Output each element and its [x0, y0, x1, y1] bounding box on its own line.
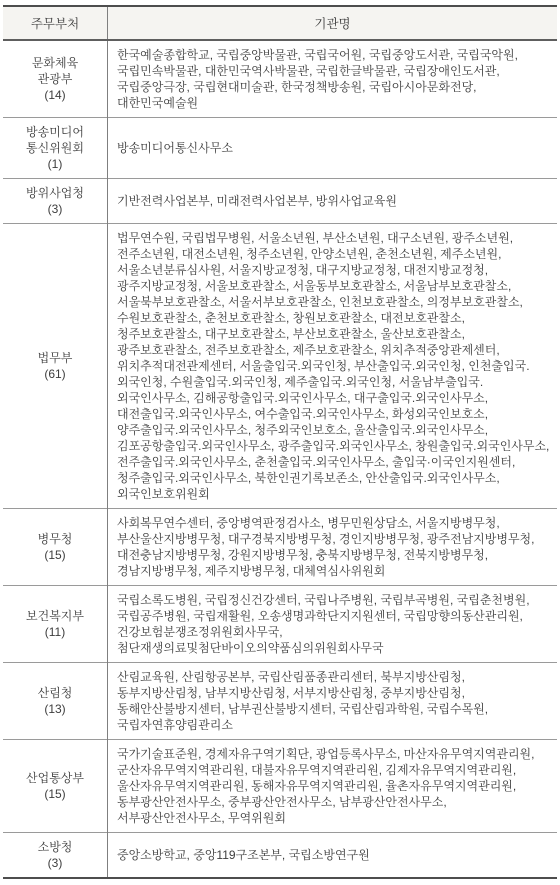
ministry-agency-table: 주무부처 기관명 문화체육 관광부 (14) 한국예술종합학교, 국립중앙박물관…: [3, 5, 557, 879]
table-row: 보건복지부 (11) 국립소록도병원, 국립정신건강센터, 국립나주병원, 국립…: [3, 586, 557, 663]
ministry-cell: 산업통상부 (15): [3, 740, 108, 833]
agencies-cell: 국립소록도병원, 국립정신건강센터, 국립나주병원, 국립부곡병원, 국립춘천병…: [108, 586, 558, 663]
table-row: 방위사업청 (3) 기반전력사업본부, 미래전력사업본부, 방위사업교육원: [3, 179, 557, 224]
ministry-cell: 소방청 (3): [3, 833, 108, 879]
table-body: 문화체육 관광부 (14) 한국예술종합학교, 국립중앙박물관, 국립국어원, …: [3, 40, 557, 878]
agencies-cell: 중앙소방학교, 중앙119구조본부, 국립소방연구원: [108, 833, 558, 879]
ministry-cell: 산림청 (13): [3, 663, 108, 740]
header-ministry-column: 주무부처: [3, 6, 108, 40]
table-row: 법무부 (61) 법무연수원, 국립법무병원, 서울소년원, 부산소년원, 대구…: [3, 224, 557, 509]
agencies-cell: 법무연수원, 국립법무병원, 서울소년원, 부산소년원, 대구소년원, 광주소년…: [108, 224, 558, 509]
agencies-cell: 국가기술표준원, 경제자유구역기획단, 광업등록사무소, 마산자유무역지역관리원…: [108, 740, 558, 833]
agency-table-page: 주무부처 기관명 문화체육 관광부 (14) 한국예술종합학교, 국립중앙박물관…: [0, 0, 560, 885]
header-agencies-column: 기관명: [108, 6, 558, 40]
table-row: 산림청 (13) 산림교육원, 산림항공본부, 국립산림품종관리센터, 북부지방…: [3, 663, 557, 740]
ministry-cell: 법무부 (61): [3, 224, 108, 509]
ministry-cell: 방위사업청 (3): [3, 179, 108, 224]
ministry-cell: 보건복지부 (11): [3, 586, 108, 663]
agencies-cell: 방송미디어통신사무소: [108, 118, 558, 179]
ministry-cell: 문화체육 관광부 (14): [3, 40, 108, 118]
agencies-cell: 기반전력사업본부, 미래전력사업본부, 방위사업교육원: [108, 179, 558, 224]
table-row: 문화체육 관광부 (14) 한국예술종합학교, 국립중앙박물관, 국립국어원, …: [3, 40, 557, 118]
ministry-cell: 병무청 (15): [3, 509, 108, 586]
ministry-cell: 방송미디어 통신위원회 (1): [3, 118, 108, 179]
agencies-cell: 한국예술종합학교, 국립중앙박물관, 국립국어원, 국립중앙도서관, 국립국악원…: [108, 40, 558, 118]
agencies-cell: 산림교육원, 산림항공본부, 국립산림품종관리센터, 북부지방산림청, 동부지방…: [108, 663, 558, 740]
header-row: 주무부처 기관명: [3, 6, 557, 40]
table-row: 산업통상부 (15) 국가기술표준원, 경제자유구역기획단, 광업등록사무소, …: [3, 740, 557, 833]
table-row: 병무청 (15) 사회복무연수센터, 중앙병역판정검사소, 병무민원상담소, 서…: [3, 509, 557, 586]
table-row: 방송미디어 통신위원회 (1) 방송미디어통신사무소: [3, 118, 557, 179]
table-row: 소방청 (3) 중앙소방학교, 중앙119구조본부, 국립소방연구원: [3, 833, 557, 879]
agencies-cell: 사회복무연수센터, 중앙병역판정검사소, 병무민원상담소, 서울지방병무청, 부…: [108, 509, 558, 586]
table-header: 주무부처 기관명: [3, 6, 557, 40]
